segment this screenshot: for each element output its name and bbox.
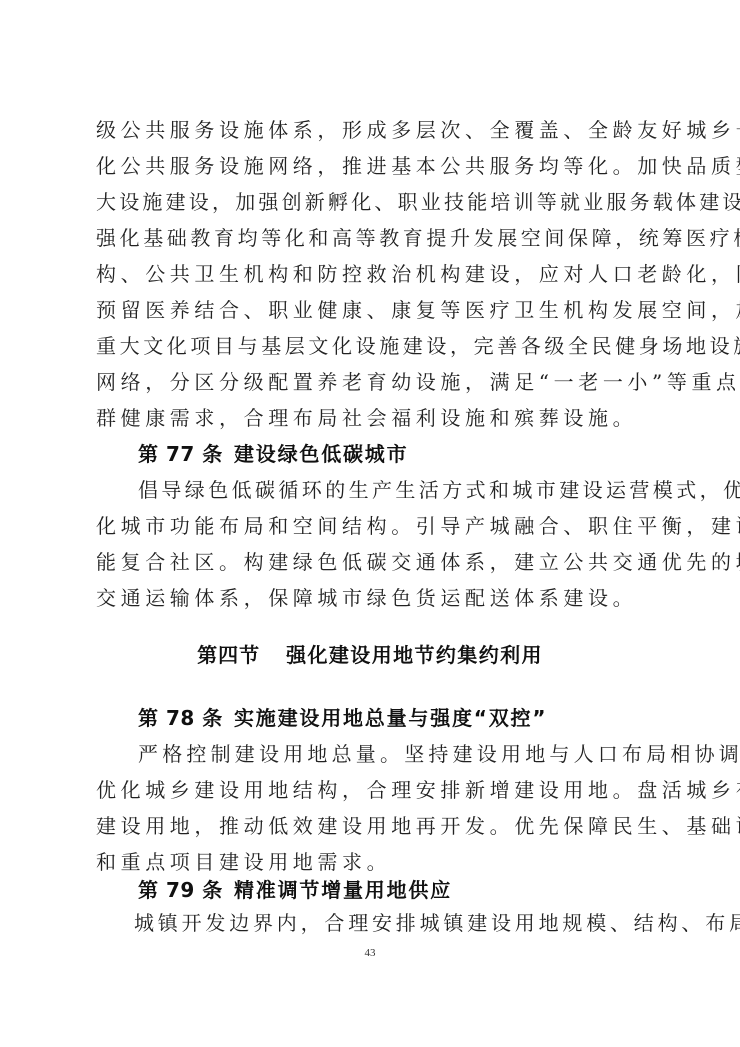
article-78-heading: 第 78 条实施建设用地总量与强度“双控” — [138, 700, 547, 736]
article-number: 第 78 条 — [138, 700, 234, 736]
article-number: 第 79 条 — [138, 872, 234, 908]
section-title: 强化建设用地节约集约利用 — [286, 643, 543, 667]
paragraph-line: 大设施建设，加强创新孵化、职业技能培训等就业服务载体建设， — [96, 184, 644, 220]
article-title: 建设绿色低碳城市 — [234, 442, 408, 466]
paragraph-line: 倡导绿色低碳循环的生产生活方式和城市建设运营模式，优 — [138, 472, 644, 508]
paragraph-line: 网络，分区分级配置养老育幼设施，满足“一老一小”等重点人 — [96, 364, 644, 400]
paragraph-line: 预留医养结合、职业健康、康复等医疗卫生机构发展空间，加强 — [96, 292, 644, 328]
paragraph-line: 化城市功能布局和空间结构。引导产城融合、职住平衡，建设功 — [96, 508, 644, 544]
paragraph-line: 城镇开发边界内，合理安排城镇建设用地规模、结构、布局 — [134, 905, 640, 941]
article-title: 实施建设用地总量与强度“双控” — [234, 706, 547, 730]
paragraph-line: 群健康需求，合理布局社会福利设施和殡葬设施。 — [96, 400, 644, 436]
paragraph-line: 交通运输体系，保障城市绿色货运配送体系建设。 — [96, 580, 644, 616]
paragraph-line: 级公共服务设施体系，形成多层次、全覆盖、全龄友好城乡一体 — [96, 112, 644, 148]
article-title: 精准调节增量用地供应 — [234, 878, 452, 902]
paragraph-line: 建设用地，推动低效建设用地再开发。优先保障民生、基础设施 — [96, 808, 644, 844]
paragraph-line: 化公共服务设施网络，推进基本公共服务均等化。加快品质型重 — [96, 148, 644, 184]
paragraph-line: 强化基础教育均等化和高等教育提升发展空间保障，统筹医疗机 — [96, 220, 644, 256]
section-4-heading: 第四节强化建设用地节约集约利用 — [0, 637, 740, 673]
paragraph-line: 严格控制建设用地总量。坚持建设用地与人口布局相协调， — [138, 736, 644, 772]
article-number: 第 77 条 — [138, 436, 234, 472]
paragraph-line: 优化城乡建设用地结构，合理安排新增建设用地。盘活城乡存量 — [96, 772, 644, 808]
page-number: 43 — [0, 947, 740, 959]
paragraph-line: 能复合社区。构建绿色低碳交通体系，建立公共交通优先的城市 — [96, 544, 644, 580]
section-label: 第四节 — [197, 643, 260, 667]
paragraph-line: 构、公共卫生机构和防控救治机构建设，应对人口老龄化，同步 — [96, 256, 644, 292]
paragraph-line: 重大文化项目与基层文化设施建设，完善各级全民健身场地设施 — [96, 328, 644, 364]
document-page: 级公共服务设施体系，形成多层次、全覆盖、全龄友好城乡一体 化公共服务设施网络，推… — [0, 0, 740, 1047]
article-79-heading: 第 79 条精准调节增量用地供应 — [138, 872, 452, 908]
article-77-heading: 第 77 条建设绿色低碳城市 — [138, 436, 408, 472]
